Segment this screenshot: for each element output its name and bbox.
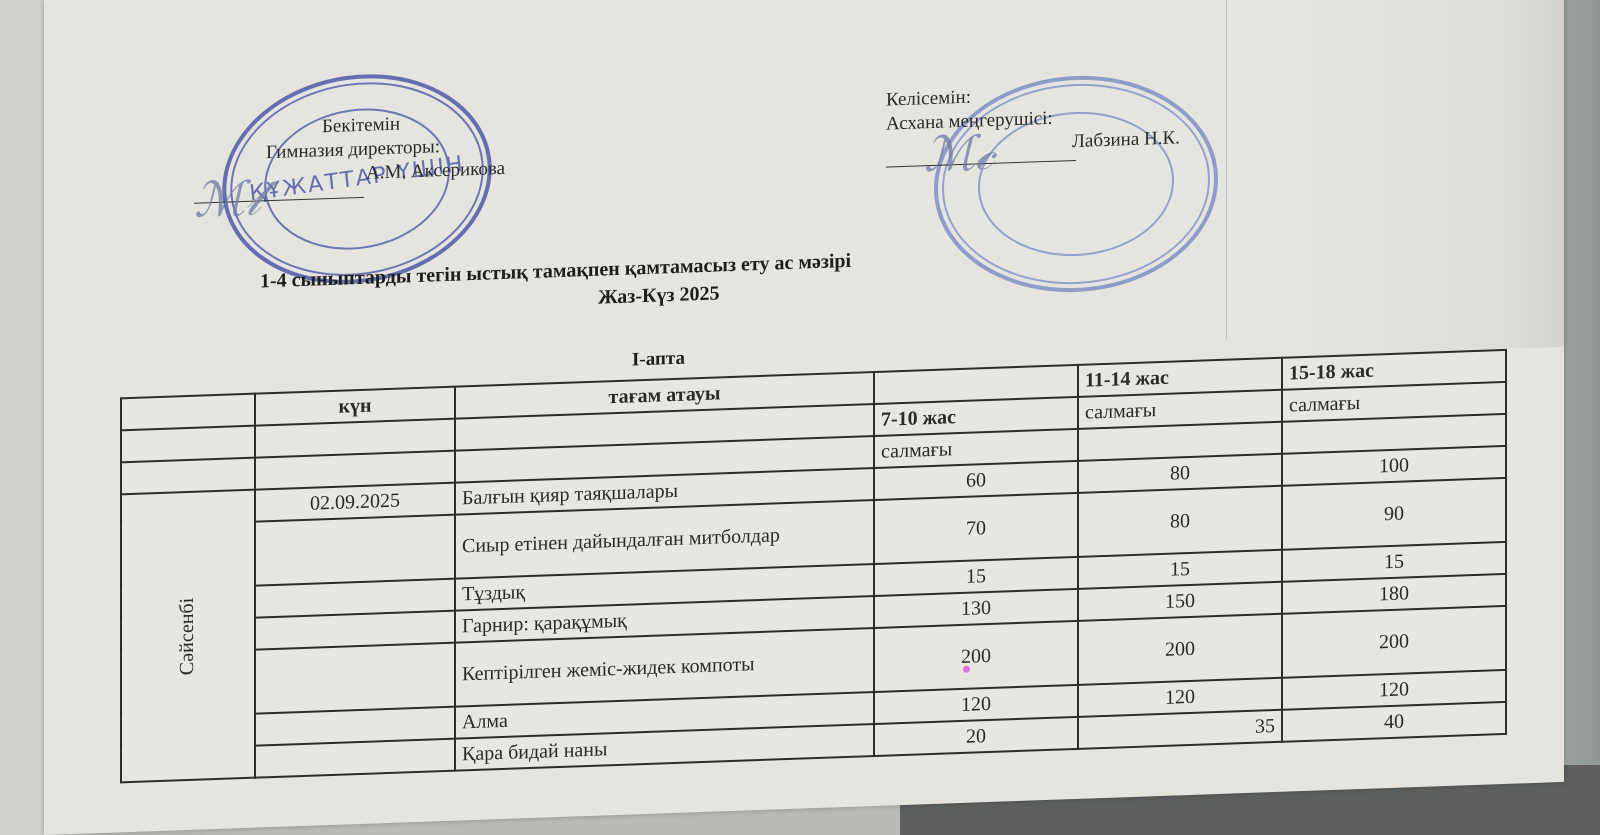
weight-15-18: 90: [1282, 478, 1506, 550]
paper-fold-line: [1226, 0, 1227, 339]
week-label: І-апта: [632, 348, 685, 372]
weight-7-10: 200: [874, 621, 1078, 692]
agreement-signature: ℳ𝒸: [924, 125, 995, 184]
weight-value: 200: [961, 644, 991, 667]
document-season: Жаз-Күз 2025: [598, 282, 720, 309]
weight-7-10: 70: [874, 493, 1078, 564]
approval-block: Бекітемін Гимназия директоры: А.М. Аксер…: [266, 109, 505, 189]
header-blank-cell: [121, 458, 255, 495]
weight-7-10: 20: [874, 717, 1078, 756]
weekday-label: Сәйсенбі: [176, 597, 199, 675]
date-cell-empty: [255, 643, 455, 714]
date-cell-empty: [255, 739, 455, 778]
paper-edge-shadow: [1264, 0, 1564, 357]
ink-mark: [963, 666, 970, 673]
weight-11-14: 35: [1078, 710, 1282, 749]
approval-signature: ℳ𝓁: [194, 170, 261, 229]
menu-document: ҚАЗАҚСТАН РЕСПУБЛИКАСЫ АЛМАТЫ ҚАЛАСЫ БІЛ…: [44, 0, 1564, 835]
weight-11-14: 200: [1078, 614, 1282, 685]
weight-11-14: 80: [1078, 486, 1282, 557]
weekday-cell: Сәйсенбі: [121, 490, 255, 783]
header-blank-cell: [121, 426, 255, 463]
background-left: [0, 0, 46, 835]
header-blank-cell: [121, 394, 255, 431]
weight-15-18: 40: [1282, 702, 1506, 742]
date-cell-empty: [255, 515, 455, 586]
menu-table: күн тағам атауы 11-14 жас 15-18 жас 7-10…: [120, 349, 1507, 783]
weight-15-18: 200: [1282, 606, 1506, 678]
